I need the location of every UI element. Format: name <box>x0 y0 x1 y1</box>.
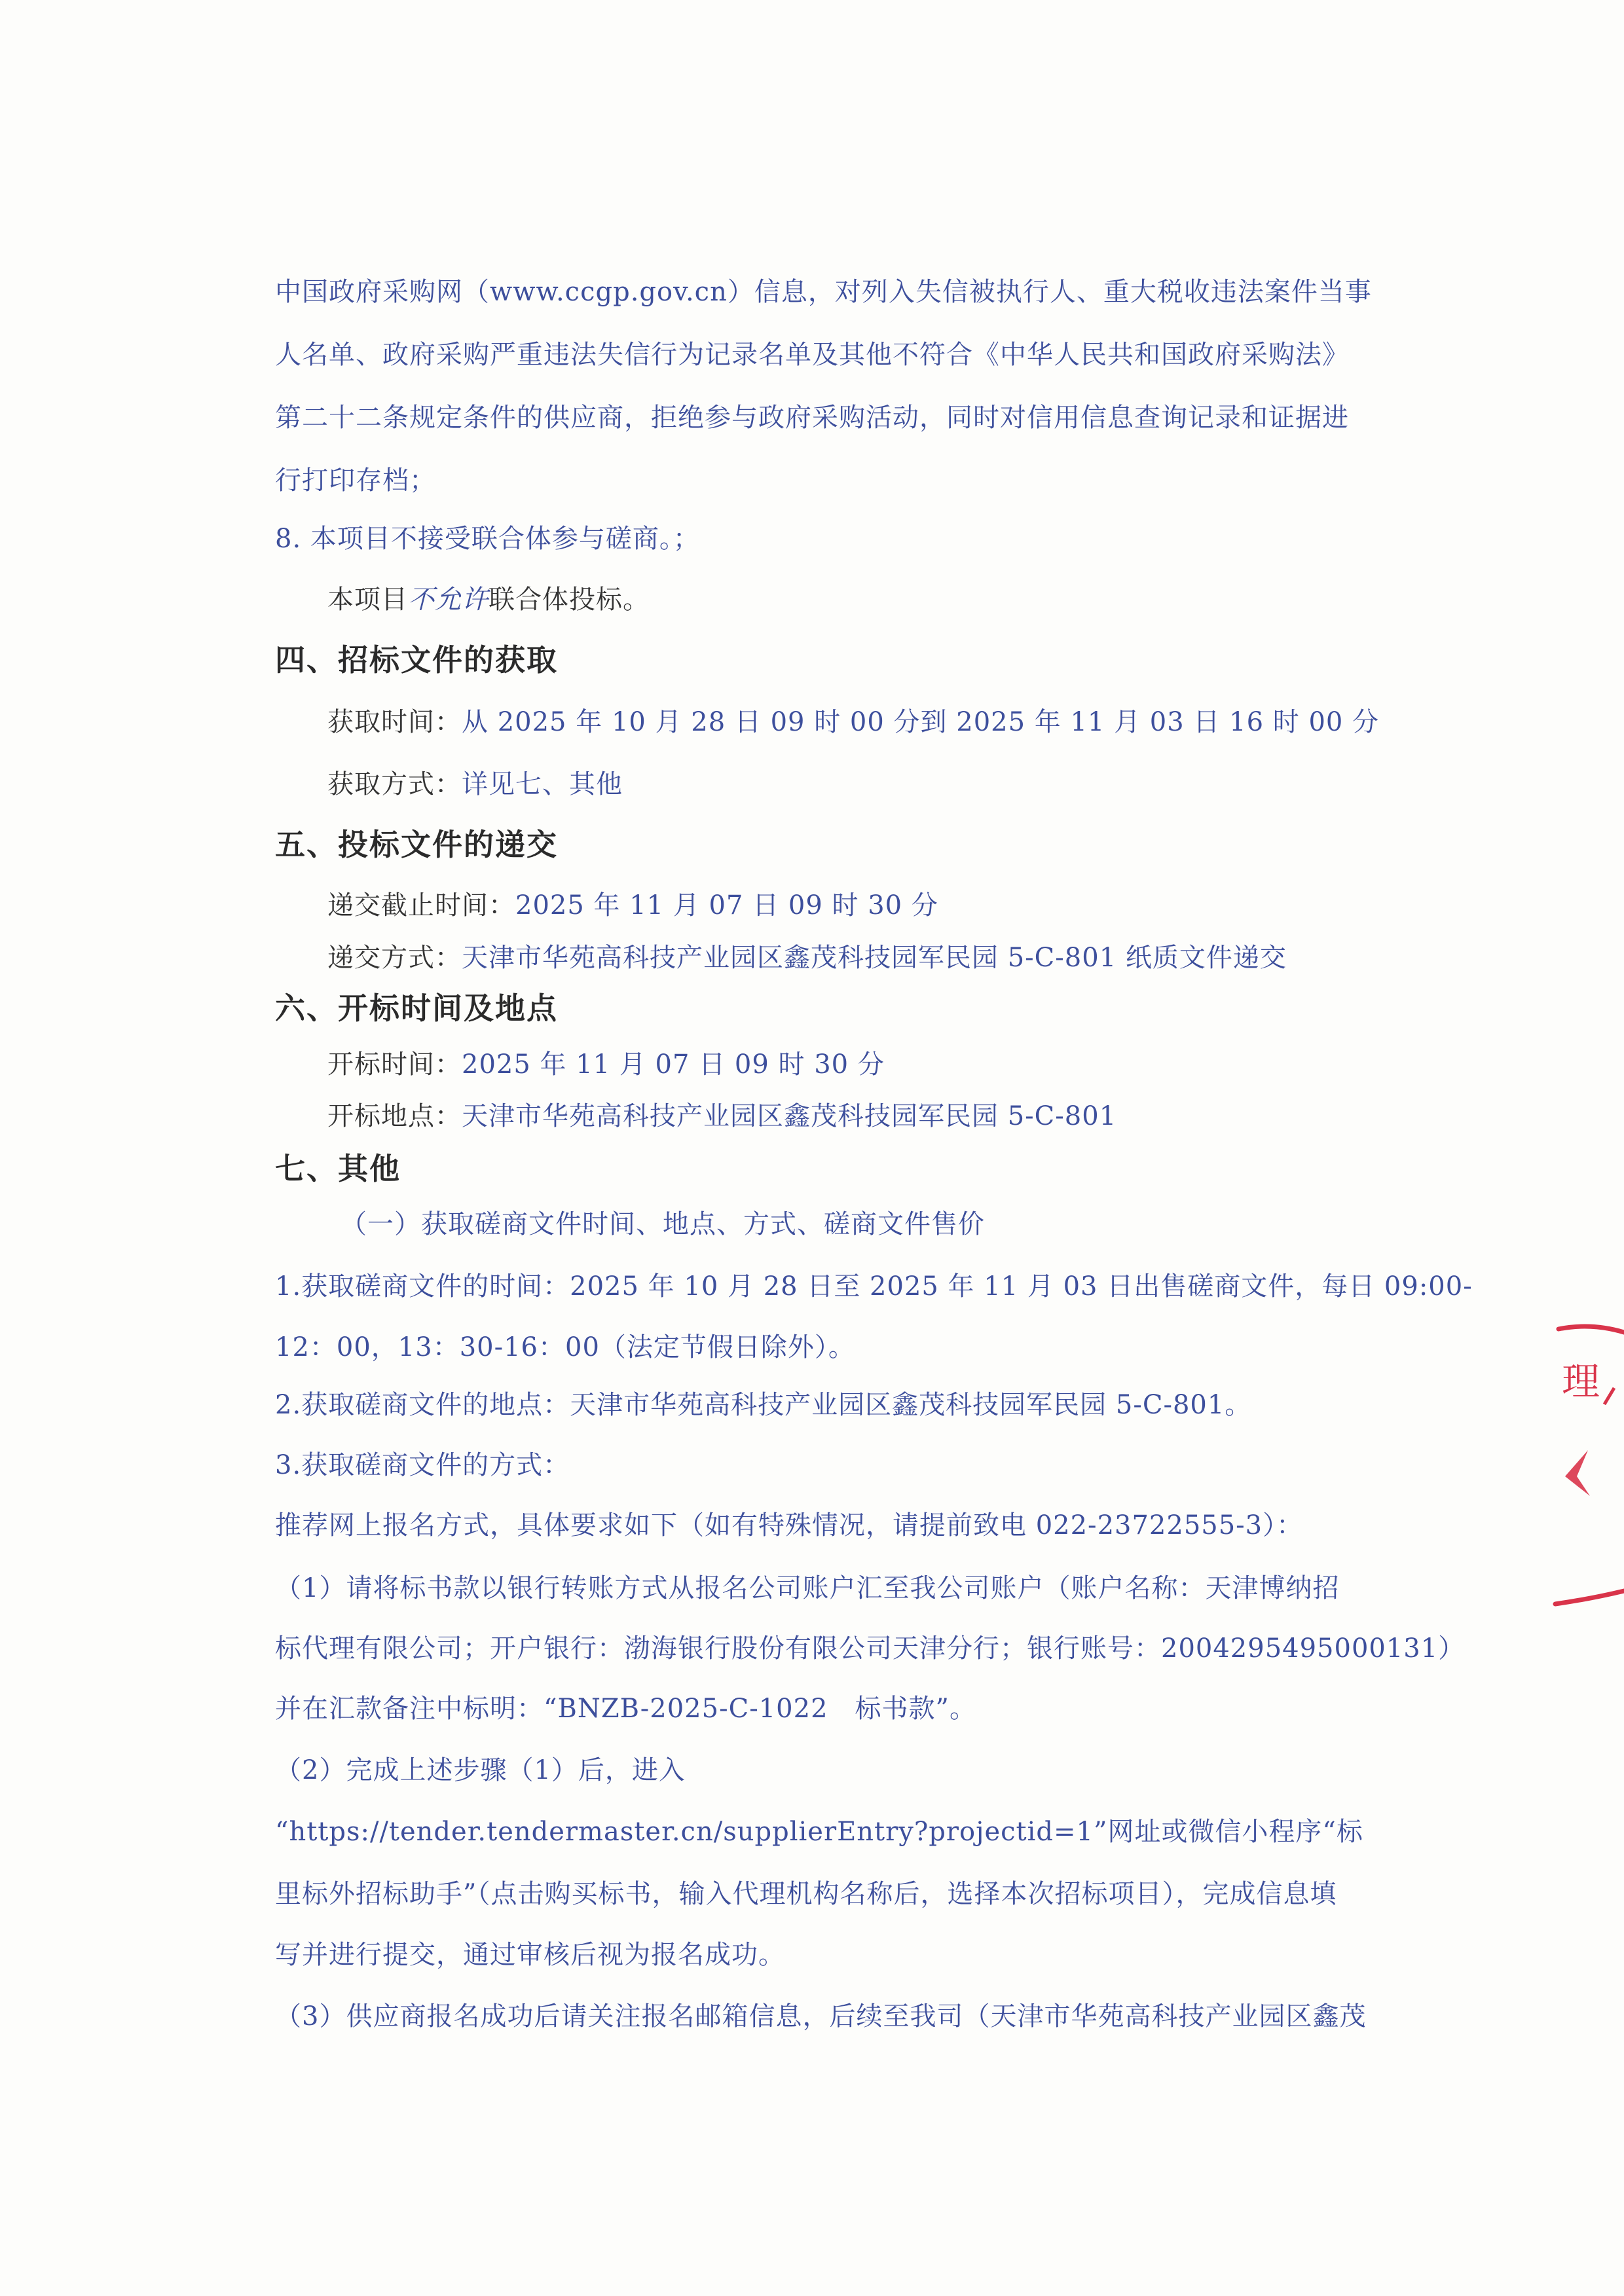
consortium-prefix: 本项目 <box>327 585 408 615</box>
item-3-method: 3.获取磋商文件的方式： <box>275 1447 570 1484</box>
opening-time-value: 2025 年 11 月 07 日 09 时 30 分 <box>462 1049 885 1080</box>
consortium-suffix: 联合体投标。 <box>489 585 650 615</box>
section-heading-7: 七、其他 <box>275 1150 401 1187</box>
section-heading-5: 五、投标文件的递交 <box>275 826 558 863</box>
opening-place-row: 开标地点：天津市华苑高科技产业园区鑫茂科技园军民园 5-C-801 <box>327 1098 1116 1135</box>
svg-text:理: 理 <box>1562 1359 1600 1404</box>
submit-deadline-row: 递交截止时间：2025 年 11 月 07 日 09 时 30 分 <box>327 887 938 924</box>
submit-deadline-value: 2025 年 11 月 07 日 09 时 30 分 <box>515 890 938 920</box>
submit-deadline-label: 递交截止时间： <box>327 890 515 920</box>
step-1-line-b: 标代理有限公司；开户银行：渤海银行股份有限公司天津分行；银行账号：2004295… <box>275 1630 1465 1667</box>
section-heading-4: 四、招标文件的获取 <box>275 642 558 678</box>
step-1-line-a: （1）请将标书款以银行转账方式从报名公司账户汇至我公司账户（账户名称：天津博纳招 <box>275 1570 1339 1607</box>
opening-time-row: 开标时间：2025 年 11 月 07 日 09 时 30 分 <box>327 1046 885 1083</box>
acquire-method-row: 获取方式：详见七、其他 <box>327 766 623 803</box>
online-registration-intro: 推荐网上报名方式，具体要求如下（如有特殊情况，请提前致电 022-2372255… <box>275 1507 1303 1544</box>
seal-icon: 理 <box>1552 1316 1624 1617</box>
item-2-place: 2.获取磋商文件的地点：天津市华苑高科技产业园区鑫茂科技园军民园 5-C-801… <box>275 1387 1251 1423</box>
step-2-line-d: 写并进行提交，通过审核后视为报名成功。 <box>275 1937 785 1973</box>
section-heading-6: 六、开标时间及地点 <box>275 990 558 1027</box>
document-page: 中国政府采购网（www.ccgp.gov.cn）信息，对列入失信被执行人、重大税… <box>0 0 1624 2296</box>
consortium-emphasis: 不允许 <box>408 585 489 615</box>
paragraph-line: 人名单、政府采购严重违法失信行为记录名单及其他不符合《中华人民共和国政府采购法》 <box>275 337 1349 373</box>
opening-place-label: 开标地点： <box>327 1101 462 1131</box>
acquire-time-row: 获取时间：从 2025 年 10 月 28 日 09 时 00 分到 2025 … <box>327 704 1379 740</box>
subsection-1: （一）获取磋商文件时间、地点、方式、磋商文件售价 <box>341 1206 985 1243</box>
consortium-statement: 本项目不允许联合体投标。 <box>327 581 650 618</box>
company-seal-stamp: 理 <box>1552 1316 1624 1617</box>
step-1-line-c: 并在汇款备注中标明：“BNZB-2025-C-1022 标书款”。 <box>275 1690 976 1727</box>
submit-method-label: 递交方式： <box>327 943 462 973</box>
step-2-line-b: “https://tender.tendermaster.cn/supplier… <box>275 1813 1363 1850</box>
item-1-time: 1.获取磋商文件的时间：2025 年 10 月 28 日至 2025 年 11 … <box>275 1268 1473 1305</box>
acquire-method-label: 获取方式： <box>327 769 462 799</box>
paragraph-line: 中国政府采购网（www.ccgp.gov.cn）信息，对列入失信被执行人、重大税… <box>275 274 1372 310</box>
paragraph-line: 行打印存档； <box>275 462 436 499</box>
step-3-line-a: （3）供应商报名成功后请关注报名邮箱信息，后续至我司（天津市华苑高科技产业园区鑫… <box>275 1998 1366 2035</box>
opening-place-value: 天津市华苑高科技产业园区鑫茂科技园军民园 5-C-801 <box>462 1101 1116 1131</box>
item-8-consortium: 8. 本项目不接受联合体参与磋商。； <box>275 520 700 557</box>
step-2-line-a: （2）完成上述步骤（1）后，进入 <box>275 1752 686 1789</box>
submit-method-value: 天津市华苑高科技产业园区鑫茂科技园军民园 5-C-801 纸质文件递交 <box>462 943 1287 973</box>
step-2-line-c: 里标外招标助手”（点击购买标书，输入代理机构名称后，选择本次招标项目），完成信息… <box>275 1876 1337 1912</box>
acquire-time-value: 从 2025 年 10 月 28 日 09 时 00 分到 2025 年 11 … <box>462 707 1379 737</box>
paragraph-line: 第二十二条规定条件的供应商，拒绝参与政府采购活动，同时对信用信息查询记录和证据进 <box>275 399 1349 436</box>
item-1-time-cont: 12：00，13：30-16：00（法定节假日除外）。 <box>275 1329 855 1366</box>
submit-method-row: 递交方式：天津市华苑高科技产业园区鑫茂科技园军民园 5-C-801 纸质文件递交 <box>327 939 1287 976</box>
opening-time-label: 开标时间： <box>327 1049 462 1080</box>
acquire-method-value: 详见七、其他 <box>462 769 623 799</box>
acquire-time-label: 获取时间： <box>327 707 462 737</box>
